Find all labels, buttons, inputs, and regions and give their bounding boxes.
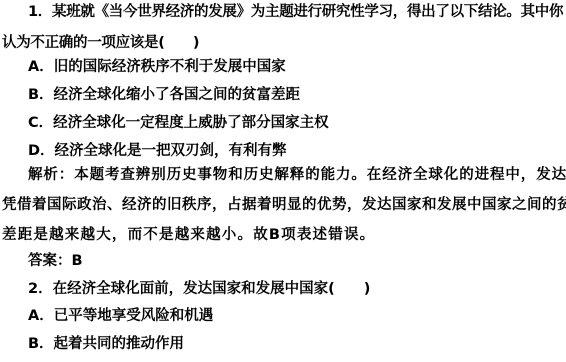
question-1-option-a: A．旧的国际经济秩序不利于发展中国家 xyxy=(28,58,286,76)
question-1-option-c: C．经济全球化一定程度上威胁了部分国家主权 xyxy=(28,114,329,132)
answer-label: 答案：B xyxy=(28,252,83,270)
question-1-stem-line-2: 认为不正确的一项应该是( ) xyxy=(2,34,199,52)
question-1-stem-line-1: 1．某班就《当今世界经济的发展》为主题进行研究性学习，得出了以下结论。其中你 xyxy=(28,3,563,21)
question-2-option-a: A．已平等地享受风险和机遇 xyxy=(28,307,213,325)
question-2-option-b: B．起着共同的推动作用 xyxy=(28,335,184,353)
analysis-line-2: 凭借着国际政治、经济的旧秩序，占据着明显的优势，发达国家和发展中国家之间的贫富 xyxy=(2,196,566,214)
analysis-line-3: 差距是越来越大，而不是越来越小。故B项表述错误。 xyxy=(2,226,375,244)
question-1-option-b: B．经济全球化缩小了各国之间的贫富差距 xyxy=(28,86,300,104)
question-2-stem: 2．在经济全球化面前，发达国家和发展中国家( ) xyxy=(28,280,370,298)
analysis-line-1: 解析：本题考查辨别历史事物和历史解释的能力。在经济全球化的进程中，发达国家 xyxy=(28,166,566,184)
question-1-option-d: D．经济全球化是一把双刃剑，有利有弊 xyxy=(28,142,287,160)
